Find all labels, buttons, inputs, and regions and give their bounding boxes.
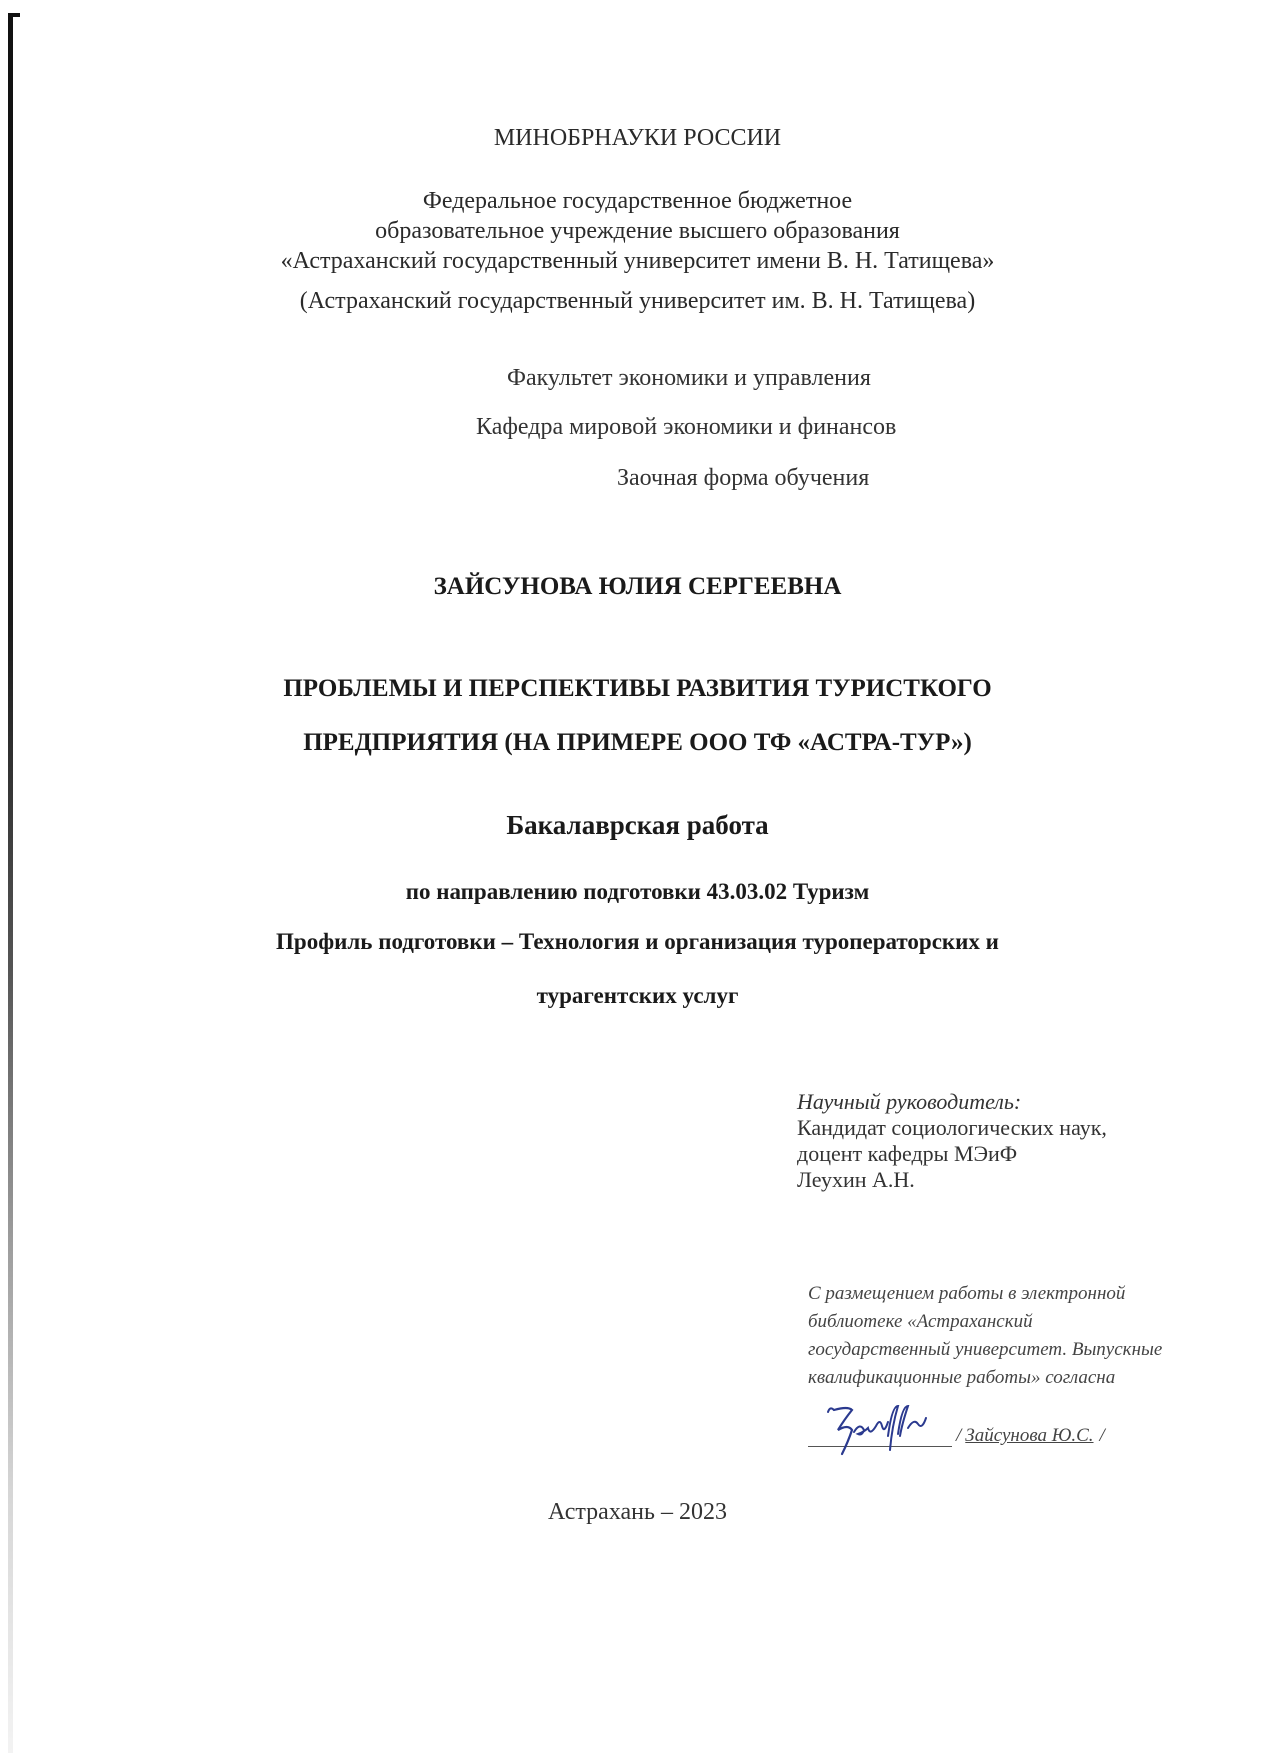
thesis-title-line-1: ПРОБЛЕМЫ И ПЕРСПЕКТИВЫ РАЗВИТИЯ ТУРИСТКО… (0, 676, 1275, 701)
scan-edge-corner (8, 13, 20, 17)
slash-close: / (1100, 1425, 1105, 1447)
study-form: Заочная форма обучения (617, 466, 869, 490)
supervisor-name: Леухин А.Н. (797, 1167, 1107, 1193)
signer-name: Зайсунова Ю.С. (965, 1425, 1093, 1447)
signature-row: / Зайсунова Ю.С. / (808, 1424, 1105, 1447)
handwritten-signature-icon (822, 1402, 942, 1458)
consent-line-1: С размещением работы в электронной (808, 1280, 1162, 1308)
city-year: Астрахань – 2023 (0, 1500, 1275, 1524)
supervisor-block: Научный руководитель: Кандидат социологи… (797, 1089, 1107, 1193)
organization-line-3: «Астраханский государственный университе… (0, 249, 1275, 273)
supervisor-label: Научный руководитель: (797, 1089, 1107, 1115)
study-profile-line-2: турагентских услуг (0, 984, 1275, 1007)
supervisor-degree: Кандидат социологических наук, (797, 1115, 1107, 1141)
consent-line-2: библиотеке «Астраханский (808, 1308, 1162, 1336)
slash-open: / (956, 1425, 961, 1447)
signature-line (808, 1424, 952, 1447)
department-name: Кафедра мировой экономики и финансов (476, 415, 896, 439)
consent-line-4: квалификационные работы» согласна (808, 1364, 1162, 1392)
consent-line-3: государственный университет. Выпускные (808, 1336, 1162, 1364)
study-profile-line-1: Профиль подготовки – Технология и органи… (0, 930, 1275, 953)
work-type: Бакалаврская работа (0, 812, 1275, 839)
author-name: ЗАЙСУНОВА ЮЛИЯ СЕРГЕЕВНА (0, 574, 1275, 599)
organization-line-2: образовательное учреждение высшего образ… (0, 219, 1275, 243)
library-consent-block: С размещением работы в электронной библи… (808, 1280, 1162, 1392)
thesis-title-line-2: ПРЕДПРИЯТИЯ (НА ПРИМЕРЕ ООО ТФ «АСТРА-ТУ… (0, 730, 1275, 755)
faculty-name: Факультет экономики и управления (507, 366, 871, 390)
organization-short-name: (Астраханский государственный университе… (0, 289, 1275, 313)
study-direction: по направлению подготовки 43.03.02 Туриз… (0, 880, 1275, 903)
organization-line-1: Федеральное государственное бюджетное (0, 189, 1275, 213)
ministry-header: МИНОБРНАУКИ РОССИИ (0, 126, 1275, 150)
supervisor-position: доцент кафедры МЭиФ (797, 1141, 1107, 1167)
